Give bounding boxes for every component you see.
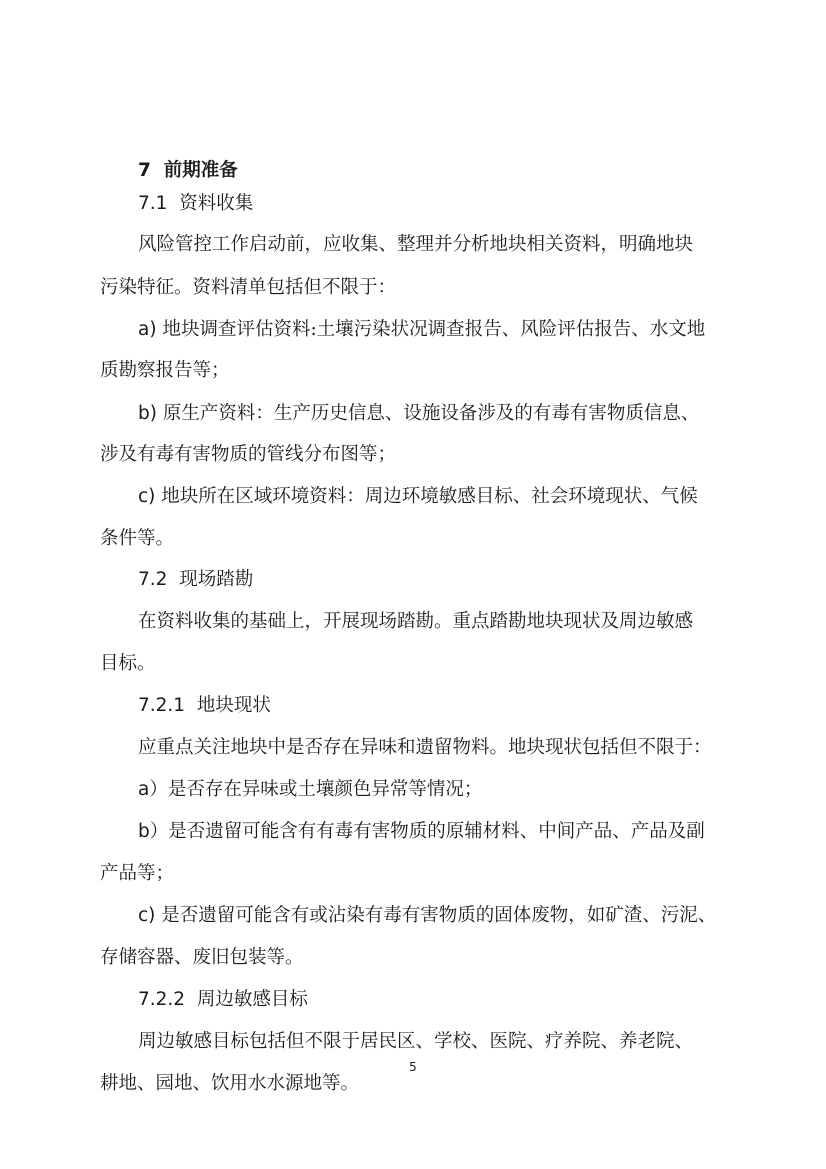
- section-7-1-heading: 7.1 资料收集: [138, 187, 253, 220]
- list-marker: a): [138, 319, 157, 340]
- section-number: 7: [138, 160, 151, 181]
- paragraph-line: 应重点关注地块中是否存在异味和遗留物料。地块现状包括但不限于：: [138, 731, 712, 764]
- list-item-continuation: 条件等。: [100, 522, 174, 555]
- list-item-c: c) 是否遗留可能含有或沾染有毒有害物质的固体废物，如矿渣、污泥、: [138, 899, 716, 932]
- list-text: 是否遗留可能含有有毒有害物质的原辅材料、中间产品、产品及副: [168, 821, 705, 842]
- list-item-c: c) 地块所在区域环境资料：周边环境敏感目标、社会环境现状、气候: [138, 480, 698, 513]
- list-text: 地块调查评估资料:土壤污染状况调查报告、风险评估报告、水文地: [162, 319, 705, 340]
- paragraph-line: 目标。: [100, 647, 156, 680]
- section-title: 现场踏勘: [179, 569, 253, 590]
- section-title: 前期准备: [164, 160, 238, 181]
- list-item-a: a）是否存在异味或土壤颜色异常等情况；: [138, 773, 482, 806]
- list-item-b: b) 原生产资料：生产历史信息、设施设备涉及的有毒有害物质信息、: [138, 397, 699, 430]
- section-title: 周边敏感目标: [197, 989, 308, 1010]
- section-number: 7.2: [138, 569, 167, 590]
- list-item-continuation: 质勘察报告等；: [100, 354, 230, 387]
- list-item-continuation: 产品等；: [100, 857, 174, 890]
- list-marker: b）: [138, 821, 168, 842]
- paragraph-line: 风险管控工作启动前，应收集、整理并分析地块相关资料，明确地块: [138, 228, 693, 261]
- paragraph-line: 在资料收集的基础上，开展现场踏勘。重点踏勘地块现状及周边敏感: [138, 605, 693, 638]
- section-7-2-1-heading: 7.2.1 地块现状: [138, 689, 271, 722]
- list-item-a: a) 地块调查评估资料:土壤污染状况调查报告、风险评估报告、水文地: [138, 313, 705, 346]
- list-text: 是否遗留可能含有或沾染有毒有害物质的固体废物，如矿渣、污泥、: [161, 905, 716, 926]
- section-number: 7.2.1: [138, 695, 185, 716]
- paragraph-line: 周边敏感目标包括但不限于居民区、学校、医院、疗养院、养老院、: [138, 1025, 693, 1058]
- list-marker: c): [138, 486, 155, 507]
- section-title: 资料收集: [179, 193, 253, 214]
- list-text: 是否存在异味或土壤颜色异常等情况；: [168, 779, 483, 800]
- list-item-b: b）是否遗留可能含有有毒有害物质的原辅材料、中间产品、产品及副: [138, 815, 705, 848]
- section-7-2-heading: 7.2 现场踏勘: [138, 563, 253, 596]
- section-7-heading: 7 前期准备: [138, 154, 238, 187]
- list-marker: c): [138, 905, 155, 926]
- section-number: 7.2.2: [138, 989, 185, 1010]
- list-marker: a）: [138, 779, 168, 800]
- paragraph-line: 污染特征。资料清单包括但不限于：: [100, 271, 396, 304]
- list-item-continuation: 涉及有毒有害物质的管线分布图等；: [100, 438, 396, 471]
- list-text: 地块所在区域环境资料：周边环境敏感目标、社会环境现状、气候: [161, 486, 698, 507]
- list-marker: b): [138, 403, 157, 424]
- list-text: 原生产资料：生产历史信息、设施设备涉及的有毒有害物质信息、: [163, 403, 700, 424]
- section-7-2-2-heading: 7.2.2 周边敏感目标: [138, 983, 308, 1016]
- list-item-continuation: 存储容器、废旧包装等。: [100, 941, 304, 974]
- section-number: 7.1: [138, 193, 167, 214]
- page-number: 5: [0, 1060, 826, 1074]
- section-title: 地块现状: [197, 695, 271, 716]
